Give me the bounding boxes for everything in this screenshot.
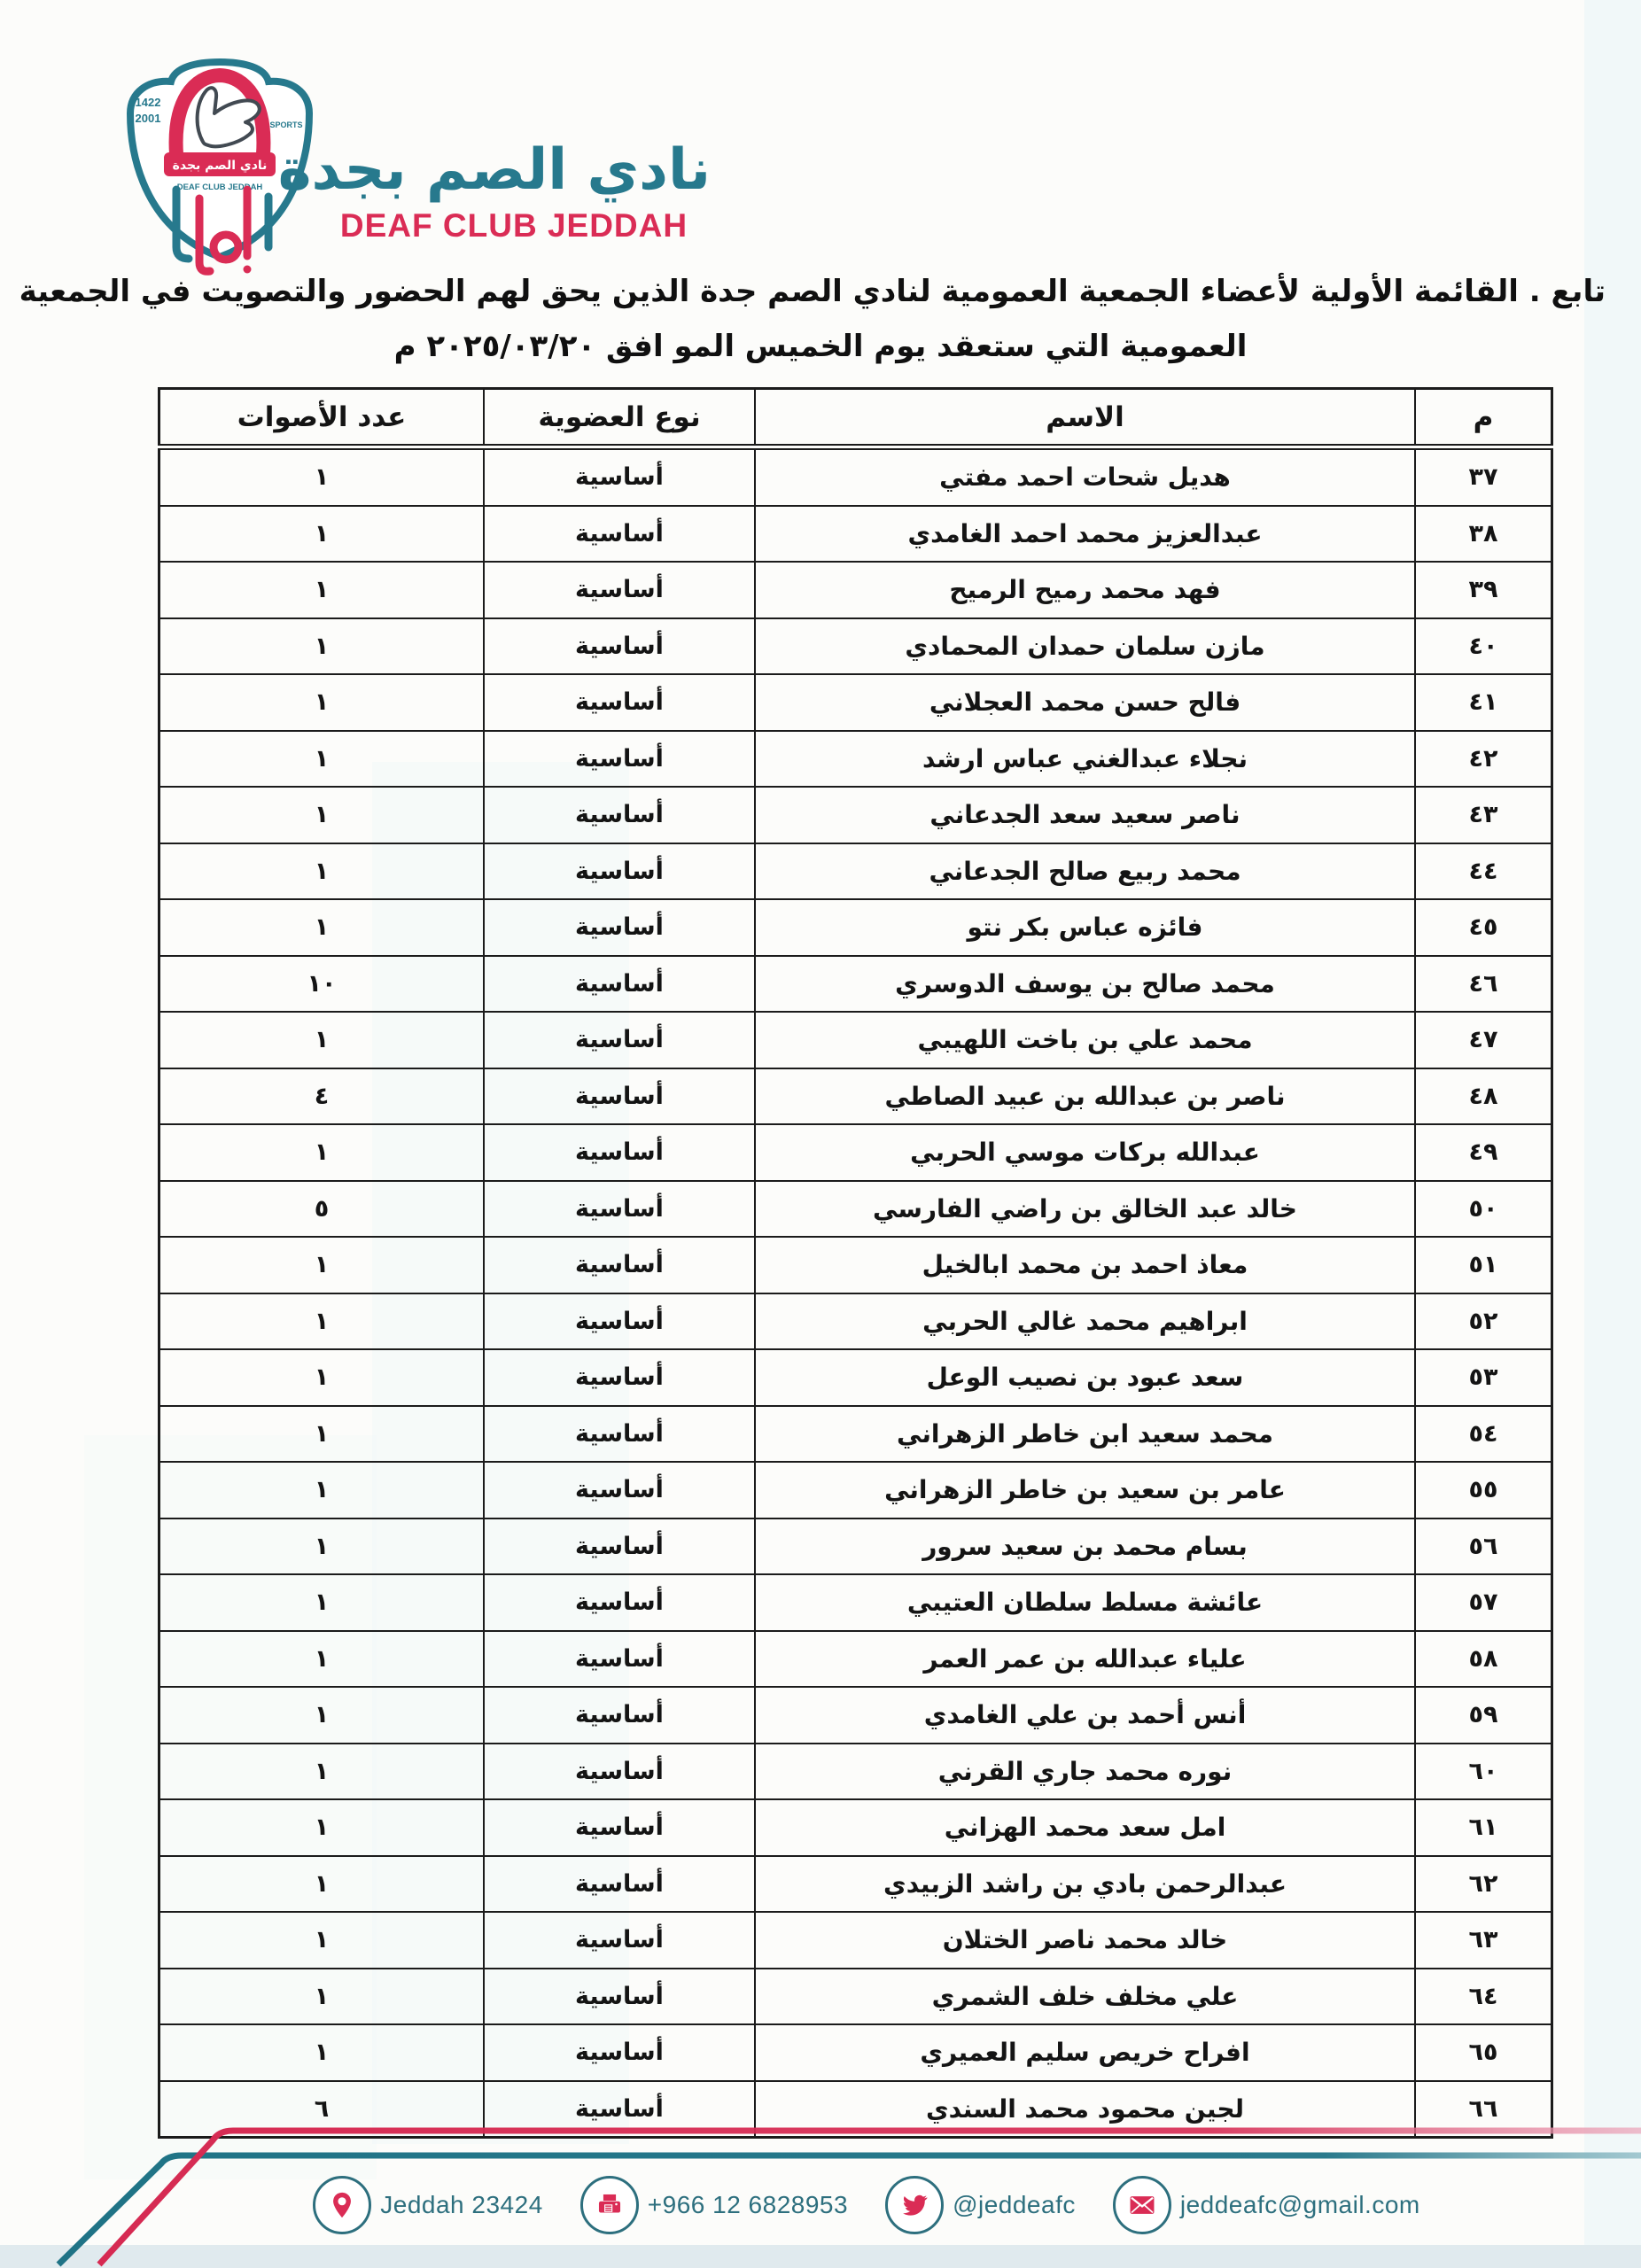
- vote-count: ١: [159, 1687, 485, 1744]
- membership-type: أساسية: [484, 731, 755, 788]
- table-row: ٥٠خالد عبد الخالق بن راضي الفارسيأساسية٥: [159, 1181, 1552, 1238]
- member-name: خالد عبد الخالق بن راضي الفارسي: [755, 1181, 1415, 1238]
- vote-count: ١: [159, 1799, 485, 1856]
- member-name: ابراهيم محمد غالي الحربي: [755, 1293, 1415, 1350]
- member-name: ناصر سعيد سعد الجدعاني: [755, 787, 1415, 843]
- membership-type: أساسية: [484, 1744, 755, 1800]
- fax-phone-icon: [580, 2176, 639, 2234]
- club-logotype: نادي الصم بجدة DEAF CLUB JEDDAH: [317, 138, 711, 245]
- membership-type: أساسية: [484, 899, 755, 956]
- member-name: لجين محمود محمد السندي: [755, 2081, 1415, 2138]
- vote-count: ٦: [159, 2081, 485, 2138]
- col-header-name: الاسم: [755, 389, 1415, 447]
- table-row: ٦٣خالد محمد ناصر الختلانأساسية١: [159, 1912, 1552, 1969]
- row-index: ٤٧: [1415, 1012, 1552, 1068]
- vote-count: ١: [159, 1631, 485, 1688]
- vote-count: ١: [159, 1744, 485, 1800]
- membership-type: أساسية: [484, 1969, 755, 2025]
- vote-count: ١: [159, 2024, 485, 2081]
- table-row: ٥٥عامر بن سعيد بن خاطر الزهرانيأساسية١: [159, 1462, 1552, 1518]
- members-table: م الاسم نوع العضوية عدد الأصوات ٣٧هديل ش…: [158, 387, 1553, 2139]
- membership-type: أساسية: [484, 1631, 755, 1688]
- member-name: هديل شحات احمد مفتي: [755, 447, 1415, 506]
- row-index: ٥٥: [1415, 1462, 1552, 1518]
- vote-count: ١: [159, 1856, 485, 1913]
- membership-type: أساسية: [484, 1068, 755, 1125]
- footer-email: jeddeafc@gmail.com: [1113, 2176, 1420, 2234]
- membership-type: أساسية: [484, 1462, 755, 1518]
- col-header-index: م: [1415, 389, 1552, 447]
- vote-count: ١: [159, 562, 485, 618]
- table-row: ٤٨ناصر بن عبدالله بن عبيد الصاطيأساسية٤: [159, 1068, 1552, 1125]
- member-name: فهد محمد رميح الرميح: [755, 562, 1415, 618]
- vote-count: ١: [159, 731, 485, 788]
- location-pin-icon: [313, 2176, 371, 2234]
- membership-type: أساسية: [484, 506, 755, 563]
- vote-count: ١: [159, 787, 485, 843]
- row-index: ٥٦: [1415, 1518, 1552, 1575]
- vote-count: ١: [159, 1912, 485, 1969]
- scanned-document-page: 1422 2001 SPORTS نادي الصم بجدة DEAF CLU…: [0, 0, 1641, 2268]
- vote-count: ١: [159, 1574, 485, 1631]
- row-index: ٦٠: [1415, 1744, 1552, 1800]
- row-index: ٦٣: [1415, 1912, 1552, 1969]
- title-line-1: تابع . القائمة الأولية لأعضاء الجمعية ال…: [35, 269, 1606, 314]
- vote-count: ١: [159, 1237, 485, 1293]
- member-name: عامر بن سعيد بن خاطر الزهراني: [755, 1462, 1415, 1518]
- twitter-bird-icon: [885, 2176, 944, 2234]
- row-index: ٤٣: [1415, 787, 1552, 843]
- member-table-body: ٣٧هديل شحات احمد مفتيأساسية١٣٨عبدالعزيز …: [159, 447, 1552, 2138]
- member-name: أنس أحمد بن علي الغامدي: [755, 1687, 1415, 1744]
- header-row: م الاسم نوع العضوية عدد الأصوات: [159, 389, 1552, 447]
- vote-count: ٥: [159, 1181, 485, 1238]
- envelope-icon: [1113, 2176, 1171, 2234]
- row-index: ٥٢: [1415, 1293, 1552, 1350]
- row-index: ٤٦: [1415, 956, 1552, 1013]
- member-name: امل سعد محمد الهزاني: [755, 1799, 1415, 1856]
- vote-count: ١: [159, 447, 485, 506]
- footer-phone: +966 12 6828953: [580, 2176, 848, 2234]
- member-name: افراح خريص سليم العميري: [755, 2024, 1415, 2081]
- table-row: ٤٢نجلاء عبدالغني عباس ارشدأساسية١: [159, 731, 1552, 788]
- table-row: ٤٧محمد علي بن باخت اللهيبيأساسية١: [159, 1012, 1552, 1068]
- membership-type: أساسية: [484, 674, 755, 731]
- vote-count: ١: [159, 843, 485, 900]
- member-name: فائزه عباس بكر نتو: [755, 899, 1415, 956]
- row-index: ٤٠: [1415, 618, 1552, 675]
- scan-artifact: [0, 2245, 1641, 2268]
- member-name: بسام محمد بن سعيد سرور: [755, 1518, 1415, 1575]
- table-row: ٤٩عبدالله بركات موسي الحربيأساسية١: [159, 1124, 1552, 1181]
- member-name: علي مخلف خلف الشمري: [755, 1969, 1415, 2025]
- table-row: ٤١فالح حسن محمد العجلانيأساسية١: [159, 674, 1552, 731]
- logo-year-hijri: 1422: [136, 96, 161, 109]
- member-name: محمد سعيد ابن خاطر الزهراني: [755, 1406, 1415, 1463]
- table-row: ٥٧عائشة مسلط سلطان العتيبيأساسية١: [159, 1574, 1552, 1631]
- vote-count: ١: [159, 674, 485, 731]
- table-row: ٤٤محمد ربيع صالح الجدعانيأساسية١: [159, 843, 1552, 900]
- membership-type: أساسية: [484, 1124, 755, 1181]
- logo-sports-label: SPORTS: [269, 120, 302, 129]
- row-index: ٤١: [1415, 674, 1552, 731]
- table-row: ٣٨عبدالعزيز محمد احمد الغامديأساسية١: [159, 506, 1552, 563]
- membership-type: أساسية: [484, 1012, 755, 1068]
- member-name: نجلاء عبدالغني عباس ارشد: [755, 731, 1415, 788]
- location-text: Jeddah 23424: [380, 2191, 543, 2219]
- logo-year-gregorian: 2001: [136, 112, 161, 125]
- row-index: ٥١: [1415, 1237, 1552, 1293]
- footer-twitter: @jeddeafc: [885, 2176, 1076, 2234]
- membership-type: أساسية: [484, 843, 755, 900]
- row-index: ٣٩: [1415, 562, 1552, 618]
- member-name: فالح حسن محمد العجلاني: [755, 674, 1415, 731]
- member-name: معاذ احمد بن محمد ابالخيل: [755, 1237, 1415, 1293]
- phone-text: +966 12 6828953: [648, 2191, 848, 2219]
- vote-count: ٤: [159, 1068, 485, 1125]
- table-row: ٦٢عبدالرحمن بادي بن راشد الزبيديأساسية١: [159, 1856, 1552, 1913]
- member-name: خالد محمد ناصر الختلان: [755, 1912, 1415, 1969]
- twitter-handle-text: @jeddeafc: [953, 2191, 1076, 2219]
- member-name: عبدالعزيز محمد احمد الغامدي: [755, 506, 1415, 563]
- member-name: علياء عبدالله بن عمر العمر: [755, 1631, 1415, 1688]
- membership-type: أساسية: [484, 1406, 755, 1463]
- vote-count: ١: [159, 1293, 485, 1350]
- row-index: ٦٥: [1415, 2024, 1552, 2081]
- table-row: ٤٣ناصر سعيد سعد الجدعانيأساسية١: [159, 787, 1552, 843]
- row-index: ٣٧: [1415, 447, 1552, 506]
- table-row: ٥٩أنس أحمد بن علي الغامديأساسية١: [159, 1687, 1552, 1744]
- row-index: ٥٧: [1415, 1574, 1552, 1631]
- row-index: ٦١: [1415, 1799, 1552, 1856]
- member-name: ناصر بن عبدالله بن عبيد الصاطي: [755, 1068, 1415, 1125]
- member-name: مازن سلمان حمدان المحمادي: [755, 618, 1415, 675]
- row-index: ٥٨: [1415, 1631, 1552, 1688]
- contact-footer: Jeddah 23424 +966 12 6828953 @jeddea: [46, 2176, 1641, 2234]
- row-index: ٦٦: [1415, 2081, 1552, 2138]
- title-line-2: العمومية التي ستعقد يوم الخميس المو افق …: [35, 324, 1606, 369]
- col-header-votes: عدد الأصوات: [159, 389, 485, 447]
- row-index: ٦٤: [1415, 1969, 1552, 2025]
- vote-count: ١: [159, 1462, 485, 1518]
- vote-count: ١: [159, 899, 485, 956]
- vote-count: ١: [159, 1518, 485, 1575]
- document-title: تابع . القائمة الأولية لأعضاء الجمعية ال…: [35, 269, 1606, 369]
- footer-location: Jeddah 23424: [313, 2176, 543, 2234]
- membership-type: أساسية: [484, 1518, 755, 1575]
- table-row: ٥٢ابراهيم محمد غالي الحربيأساسية١: [159, 1293, 1552, 1350]
- row-index: ٦٢: [1415, 1856, 1552, 1913]
- membership-type: أساسية: [484, 562, 755, 618]
- membership-type: أساسية: [484, 447, 755, 506]
- table-row: ٥٣سعد عبود بن نصيب الوعلأساسية١: [159, 1349, 1552, 1406]
- row-index: ٥٣: [1415, 1349, 1552, 1406]
- member-name: عبدالله بركات موسي الحربي: [755, 1124, 1415, 1181]
- membership-type: أساسية: [484, 2081, 755, 2138]
- table-row: ٦٠نوره محمد جاري القرنيأساسية١: [159, 1744, 1552, 1800]
- table-row: ٦٦لجين محمود محمد السنديأساسية٦: [159, 2081, 1552, 2138]
- table-row: ٤٠مازن سلمان حمدان المحماديأساسية١: [159, 618, 1552, 675]
- table-row: ٤٥فائزه عباس بكر نتوأساسية١: [159, 899, 1552, 956]
- membership-type: أساسية: [484, 787, 755, 843]
- row-index: ٣٨: [1415, 506, 1552, 563]
- membership-type: أساسية: [484, 1799, 755, 1856]
- table-row: ٣٩فهد محمد رميح الرميحأساسية١: [159, 562, 1552, 618]
- membership-type: أساسية: [484, 618, 755, 675]
- table-row: ٤٦محمد صالح بن يوسف الدوسريأساسية١٠: [159, 956, 1552, 1013]
- membership-type: أساسية: [484, 956, 755, 1013]
- vote-count: ١٠: [159, 956, 485, 1013]
- table-row: ٦٥افراح خريص سليم العميريأساسية١: [159, 2024, 1552, 2081]
- row-index: ٥٤: [1415, 1406, 1552, 1463]
- email-text: jeddeafc@gmail.com: [1180, 2191, 1420, 2219]
- membership-type: أساسية: [484, 1912, 755, 1969]
- membership-type: أساسية: [484, 1687, 755, 1744]
- vote-count: ١: [159, 1406, 485, 1463]
- membership-type: أساسية: [484, 1349, 755, 1406]
- vote-count: ١: [159, 1349, 485, 1406]
- table-row: ٥١معاذ احمد بن محمد ابالخيلأساسية١: [159, 1237, 1552, 1293]
- row-index: ٤٥: [1415, 899, 1552, 956]
- table-row: ٥٤محمد سعيد ابن خاطر الزهرانيأساسية١: [159, 1406, 1552, 1463]
- vote-count: ١: [159, 1124, 485, 1181]
- row-index: ٥٠: [1415, 1181, 1552, 1238]
- vote-count: ١: [159, 506, 485, 563]
- row-index: ٥٩: [1415, 1687, 1552, 1744]
- member-name: عبدالرحمن بادي بن راشد الزبيدي: [755, 1856, 1415, 1913]
- table-row: ٥٨علياء عبدالله بن عمر العمرأساسية١: [159, 1631, 1552, 1688]
- vote-count: ١: [159, 618, 485, 675]
- table-row: ٥٦بسام محمد بن سعيد سرورأساسية١: [159, 1518, 1552, 1575]
- members-table-header: م الاسم نوع العضوية عدد الأصوات: [159, 389, 1552, 447]
- club-name-arabic: نادي الصم بجدة: [317, 138, 711, 204]
- member-name: محمد علي بن باخت اللهيبي: [755, 1012, 1415, 1068]
- table-row: ٦١امل سعد محمد الهزانيأساسية١: [159, 1799, 1552, 1856]
- membership-type: أساسية: [484, 1293, 755, 1350]
- member-name: نوره محمد جاري القرني: [755, 1744, 1415, 1800]
- row-index: ٤٩: [1415, 1124, 1552, 1181]
- vote-count: ١: [159, 1012, 485, 1068]
- member-name: عائشة مسلط سلطان العتيبي: [755, 1574, 1415, 1631]
- membership-type: أساسية: [484, 1574, 755, 1631]
- member-name: محمد صالح بن يوسف الدوسري: [755, 956, 1415, 1013]
- col-header-membership: نوع العضوية: [484, 389, 755, 447]
- member-name: محمد ربيع صالح الجدعاني: [755, 843, 1415, 900]
- member-name: سعد عبود بن نصيب الوعل: [755, 1349, 1415, 1406]
- row-index: ٤٨: [1415, 1068, 1552, 1125]
- logo-badge-name-ar: نادي الصم بجدة: [173, 159, 268, 174]
- table-row: ٣٧هديل شحات احمد مفتيأساسية١: [159, 447, 1552, 506]
- membership-type: أساسية: [484, 1181, 755, 1238]
- row-index: ٤٢: [1415, 731, 1552, 788]
- vote-count: ١: [159, 1969, 485, 2025]
- membership-type: أساسية: [484, 1856, 755, 1913]
- table-row: ٦٤علي مخلف خلف الشمريأساسية١: [159, 1969, 1552, 2025]
- row-index: ٤٤: [1415, 843, 1552, 900]
- club-name-english: DEAF CLUB JEDDAH: [317, 207, 711, 245]
- membership-type: أساسية: [484, 2024, 755, 2081]
- membership-type: أساسية: [484, 1237, 755, 1293]
